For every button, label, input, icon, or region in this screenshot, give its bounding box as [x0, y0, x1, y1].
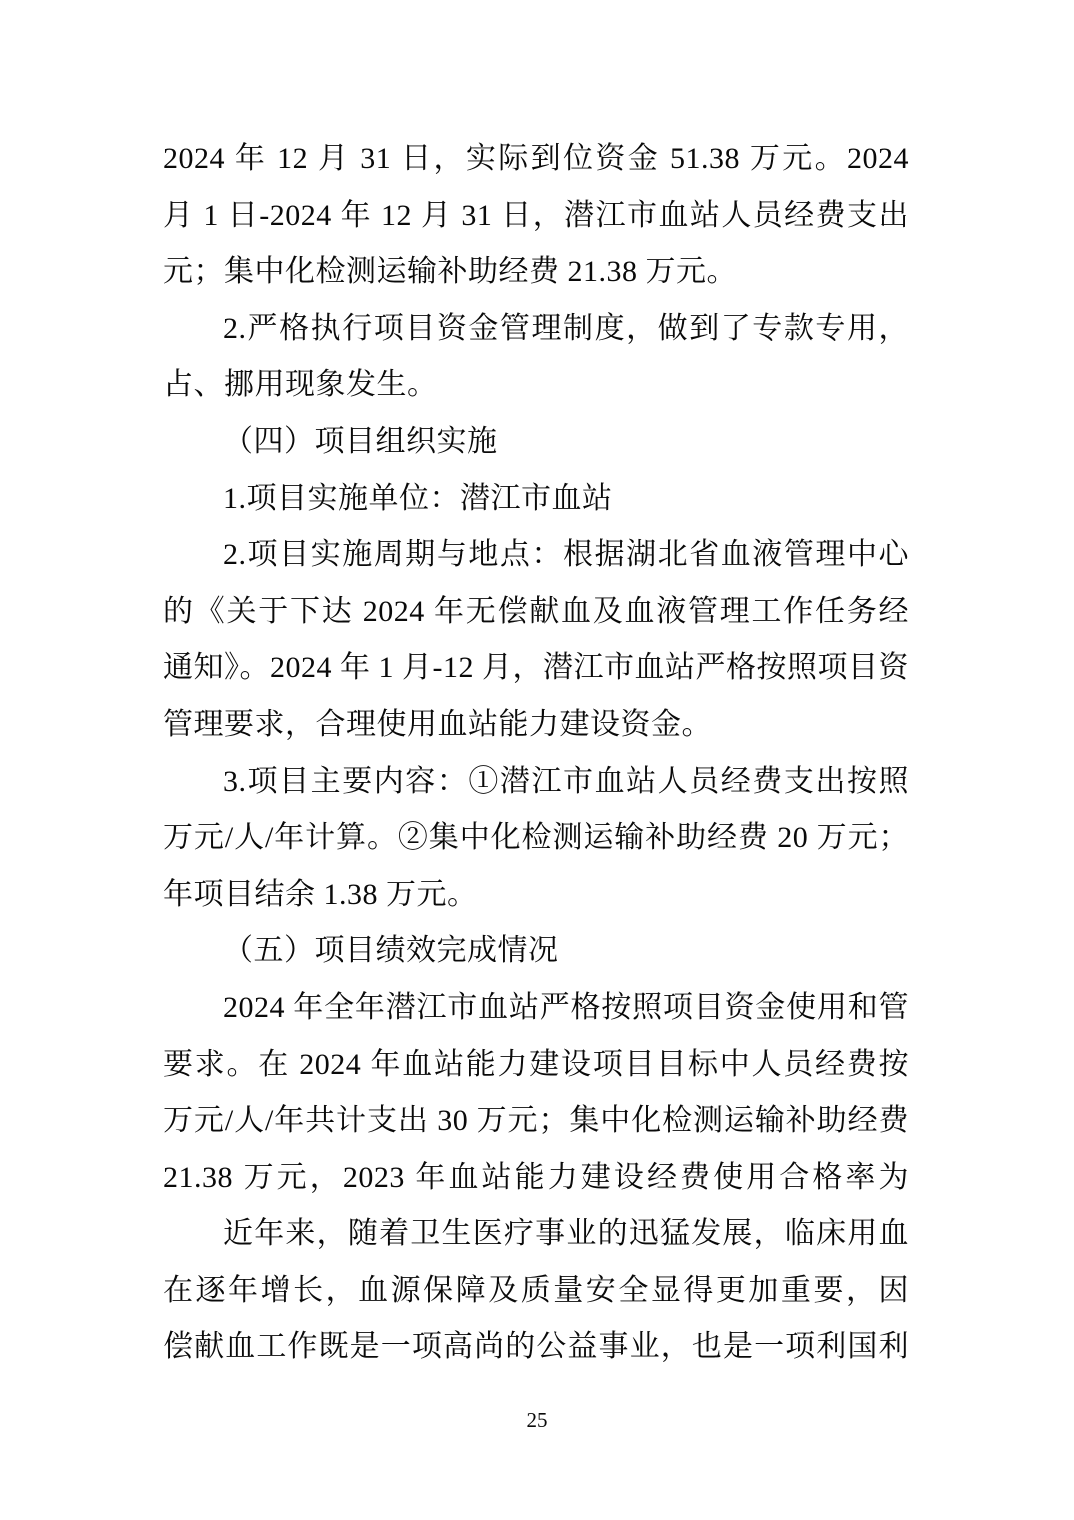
text-line: 的《关于下达 2024 年无偿献血及血液管理工作任务经费的: [163, 584, 909, 641]
text-line: 元；集中化检测运输补助经费 21.38 万元。: [163, 244, 909, 301]
text-line: （四）项目组织实施: [163, 414, 909, 471]
text-line: 管理要求，合理使用血站能力建设资金。: [163, 697, 909, 754]
text-line: 通知》。2024 年 1 月-12 月，潜江市血站严格按照项目资金: [163, 640, 909, 697]
text-line: 21.38 万元，2023 年血站能力建设经费使用合格率为 100%。: [163, 1150, 909, 1207]
text-line: （五）项目绩效完成情况: [163, 923, 909, 980]
text-line: 在逐年增长，血源保障及质量安全显得更加重要，因此，无: [163, 1263, 909, 1320]
text-line: 月 1 日-2024 年 12 月 31 日，潜江市血站人员经费支出 30 万: [163, 188, 909, 245]
text-line: 2024 年 12 月 31 日，实际到位资金 51.38 万元。2024 年 …: [163, 131, 909, 188]
page-footer: 25: [0, 1405, 1074, 1435]
text-line: 1.项目实施单位：潜江市血站: [163, 471, 909, 528]
text-line: 万元/人/年共计支出 30 万元；集中化检测运输补助经费: [163, 1093, 909, 1150]
text-line: 2.项目实施周期与地点：根据湖北省血液管理中心下发: [163, 527, 909, 584]
page-number: 25: [527, 1408, 548, 1432]
body-text: 2024 年 12 月 31 日，实际到位资金 51.38 万元。2024 年 …: [163, 131, 909, 1376]
text-line: 偿献血工作既是一项高尚的公益事业，也是一项利国利民的: [163, 1319, 909, 1376]
text-line: 要求。在 2024 年血站能力建设项目目标中人员经费按照 1.2: [163, 1037, 909, 1094]
text-line: 2024 年全年潜江市血站严格按照项目资金使用和管理: [163, 980, 909, 1037]
text-line: 占、挪用现象发生。: [163, 357, 909, 414]
text-line: 万元/人/年计算。②集中化检测运输补助经费 20 万元；上: [163, 810, 909, 867]
text-line: 年项目结余 1.38 万元。: [163, 867, 909, 924]
document-page: 2024 年 12 月 31 日，实际到位资金 51.38 万元。2024 年 …: [0, 0, 1074, 1520]
text-line: 近年来，随着卫生医疗事业的迅猛发展，临床用血量正: [163, 1206, 909, 1263]
text-line: 3.项目主要内容：①潜江市血站人员经费支出按照 1.2: [163, 754, 909, 811]
text-line: 2.严格执行项目资金管理制度，做到了专款专用，无挤: [163, 301, 909, 358]
